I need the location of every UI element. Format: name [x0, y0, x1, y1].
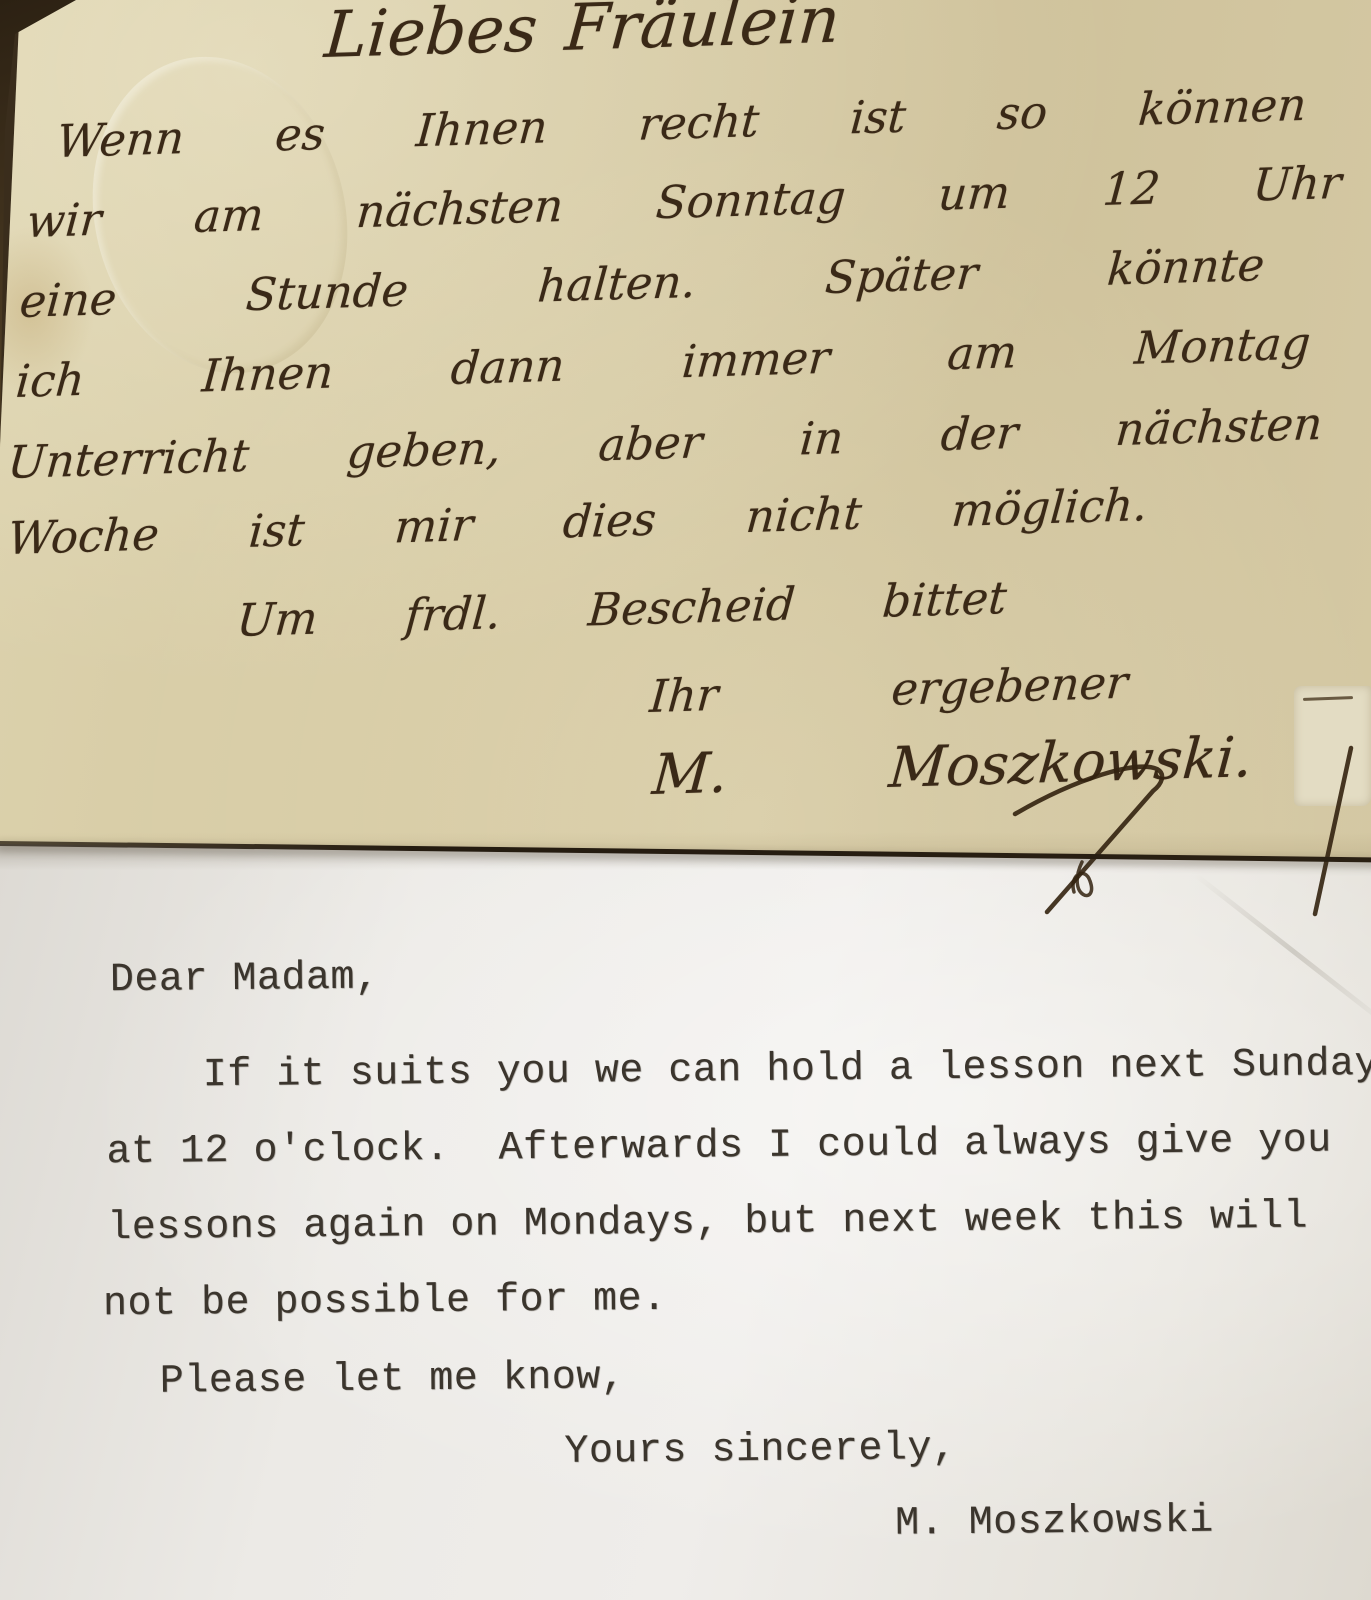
typed-line: not be possible for me. [103, 1277, 667, 1327]
letter-photo: Liebes Fräulein Wenn es Ihnen recht ist … [0, 0, 1371, 1600]
typed-line: at 12 o'clock. Afterwards I could always… [106, 1118, 1332, 1175]
typed-signature: M. Moszkowski [895, 1499, 1214, 1547]
typed-line: lessons again on Mondays, but next week … [107, 1195, 1308, 1252]
typed-letter-text: Dear Madam, If it suits you we can hold … [0, 0, 1371, 1600]
typed-closing: Yours sincerely, [564, 1426, 956, 1475]
typed-line: If it suits you we can hold a lesson nex… [203, 1042, 1371, 1098]
typed-salutation: Dear Madam, [110, 956, 380, 1004]
typed-request-line: Please let me know, [160, 1355, 626, 1404]
